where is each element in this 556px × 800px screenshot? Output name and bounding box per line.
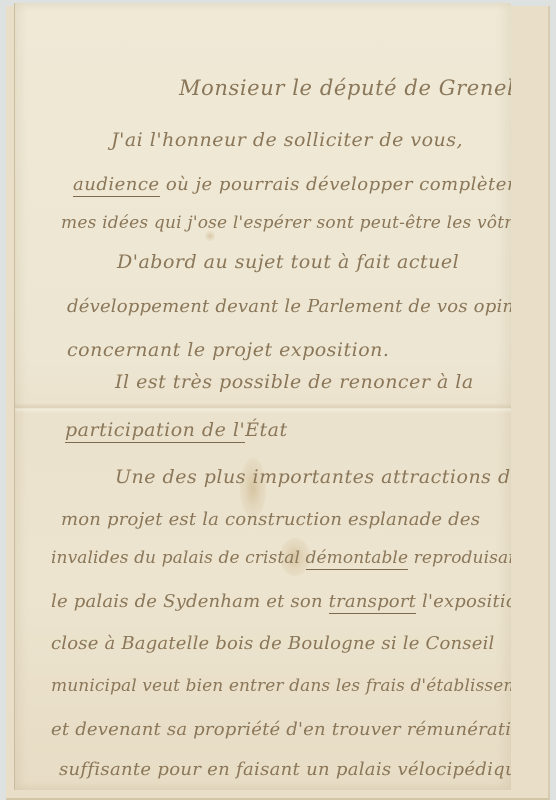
letter-line: Une des plus importantes attractions de bbox=[115, 468, 511, 487]
scan-background: Monsieur le député de Grenelle. J'ai l'h… bbox=[0, 0, 556, 800]
letter-line: développement devant le Parlement de vos… bbox=[67, 298, 511, 316]
letter-line: mon projet est la construction esplanade… bbox=[61, 511, 480, 529]
salutation: Monsieur le député de Grenelle. bbox=[179, 78, 511, 99]
line-text: reproduisant bbox=[408, 548, 511, 568]
letter-line: et devenant sa propriété d'en trouver ré… bbox=[51, 721, 511, 739]
letter-line: suffisante pour en faisant un palais vél… bbox=[59, 761, 511, 779]
line-text: où je pourrais développer complètement bbox=[160, 174, 511, 195]
letter-line: close à Bagatelle bois de Boulogne si le… bbox=[51, 635, 495, 653]
letter-line: invalides du palais de cristal démontabl… bbox=[51, 550, 511, 567]
line-text: invalides du palais de cristal bbox=[51, 548, 306, 568]
underlined-phrase: participation de l' bbox=[65, 419, 245, 443]
line-text: l'exposition bbox=[416, 591, 511, 612]
letter-line: J'ai l'honneur de solliciter de vous, bbox=[111, 131, 463, 150]
paper-fold-crease bbox=[15, 403, 511, 413]
letter-page: Monsieur le député de Grenelle. J'ai l'h… bbox=[14, 3, 511, 790]
letter-line: Il est très possible de renoncer à la bbox=[115, 373, 474, 392]
letter-line: municipal veut bien entrer dans les frai… bbox=[51, 678, 511, 695]
line-text: État bbox=[245, 419, 287, 441]
letter-line: mes idées qui j'ose l'espérer sont peut-… bbox=[61, 215, 511, 232]
letter-line: audience où je pourrais développer compl… bbox=[73, 176, 511, 194]
letter-line: concernant le projet exposition. bbox=[67, 341, 389, 360]
letter-line: participation de l'État bbox=[65, 421, 288, 440]
letter-line: D'abord au sujet tout à fait actuel bbox=[117, 253, 459, 272]
underlined-word: démontable bbox=[306, 548, 409, 570]
line-text: le palais de Sydenham et son bbox=[51, 591, 329, 612]
underlined-word: audience bbox=[73, 174, 160, 197]
underlined-word: transport bbox=[329, 591, 416, 614]
letter-line: le palais de Sydenham et son transport l… bbox=[51, 593, 511, 611]
